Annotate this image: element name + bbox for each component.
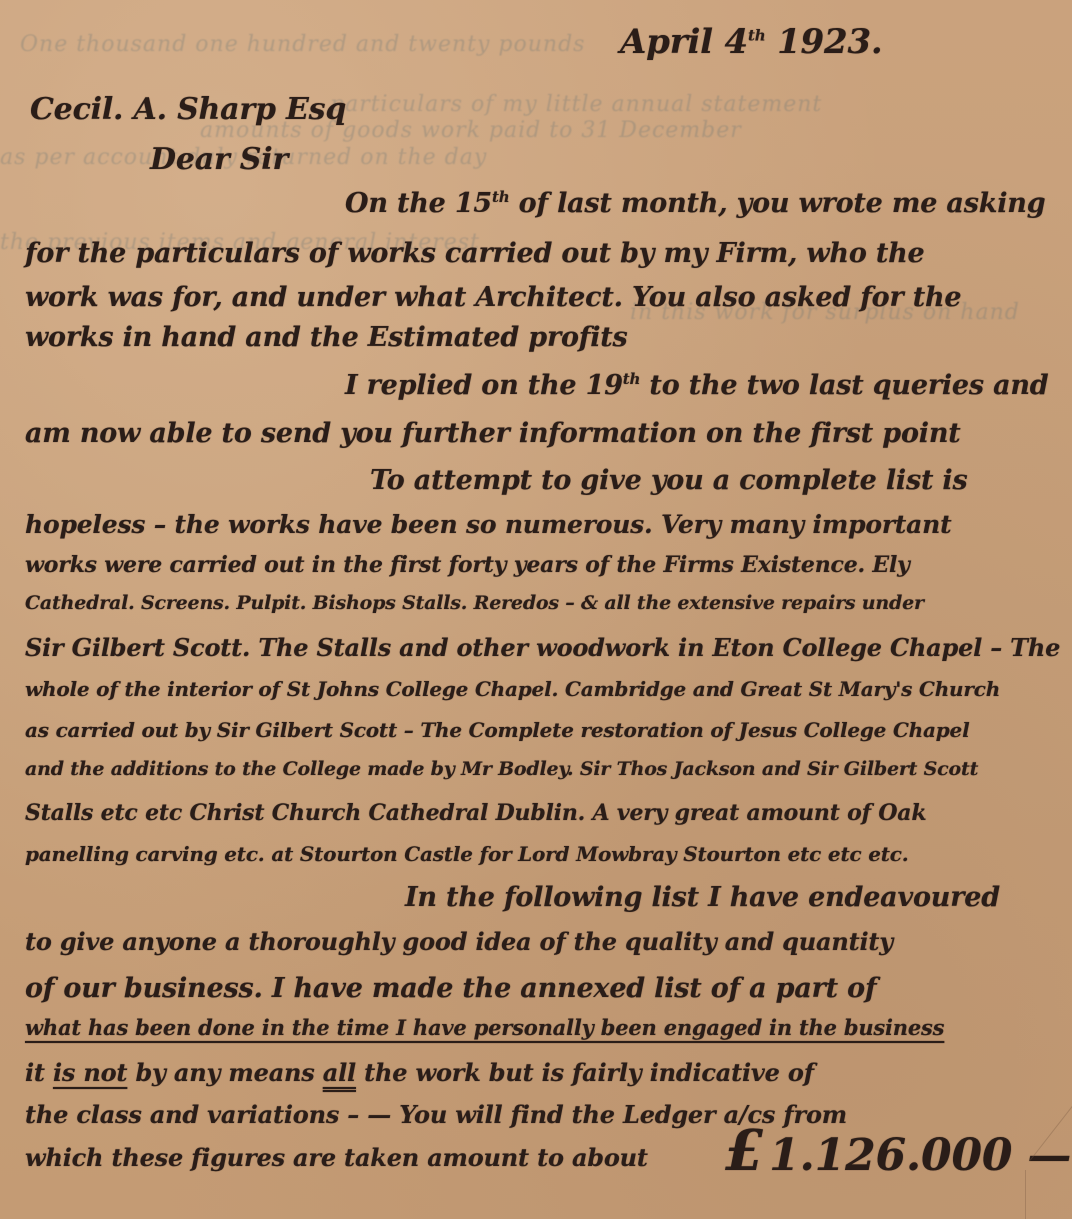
body-line: and the additions to the College made by… [25, 758, 978, 780]
body-line: it is not by any means all the work but … [25, 1058, 814, 1087]
body-line: whole of the interior of St Johns Colleg… [25, 677, 1000, 701]
date-year: 1923. [777, 22, 882, 62]
date-day: 4 [725, 22, 748, 62]
body-line: of our business. I have made the annexed… [25, 973, 876, 1004]
body-line: as carried out by Sir Gilbert Scott – Th… [25, 718, 969, 742]
addressee: Cecil. A. Sharp Esq [30, 92, 346, 127]
body-line: the class and variations – — You will fi… [25, 1100, 847, 1129]
underlined-body-line: what has been done in the time I have pe… [25, 1015, 944, 1040]
body-line: which these figures are taken amount to … [25, 1143, 648, 1172]
paper-fold-line [1025, 1170, 1026, 1219]
body-line: am now able to send you further informat… [25, 418, 961, 449]
letter-page: One thousand one hundred and twenty poun… [0, 0, 1072, 1219]
date-month: April [620, 22, 713, 62]
body-line: In the following list I have endeavoured [405, 882, 1000, 913]
underlined-phrase: is not [53, 1058, 127, 1087]
body-line: To attempt to give you a complete list i… [370, 465, 967, 496]
date-day-suffix: th [748, 27, 765, 45]
body-line: Stalls etc etc Christ Church Cathedral D… [25, 800, 926, 826]
salutation: Dear Sir [150, 142, 288, 177]
body-line: Sir Gilbert Scott. The Stalls and other … [25, 633, 1060, 662]
letter-date: April 4th 1923. [620, 22, 883, 62]
total-amount: £ 1.126.000 — [725, 1118, 1071, 1184]
bleed-through-text: particulars of my little annual statemen… [330, 92, 822, 117]
body-line: work was for, and under what Architect. … [25, 282, 961, 313]
double-underlined-word: all [323, 1058, 356, 1087]
body-line: I replied on the 19th to the two last qu… [345, 370, 1048, 401]
body-line: Cathedral. Screens. Pulpit. Bishops Stal… [25, 592, 924, 614]
pound-sign: £ [725, 1118, 764, 1184]
body-line: hopeless – the works have been so numero… [25, 510, 951, 539]
body-line: works were carried out in the first fort… [25, 552, 910, 578]
body-line: panelling carving etc. at Stourton Castl… [25, 842, 909, 866]
body-line: to give anyone a thoroughly good idea of… [25, 927, 893, 956]
body-line: On the 15th of last month, you wrote me … [345, 188, 1045, 219]
body-line: works in hand and the Estimated profits [25, 322, 628, 353]
bleed-through-text: One thousand one hundred and twenty poun… [20, 32, 585, 57]
body-line: for the particulars of works carried out… [25, 238, 925, 269]
